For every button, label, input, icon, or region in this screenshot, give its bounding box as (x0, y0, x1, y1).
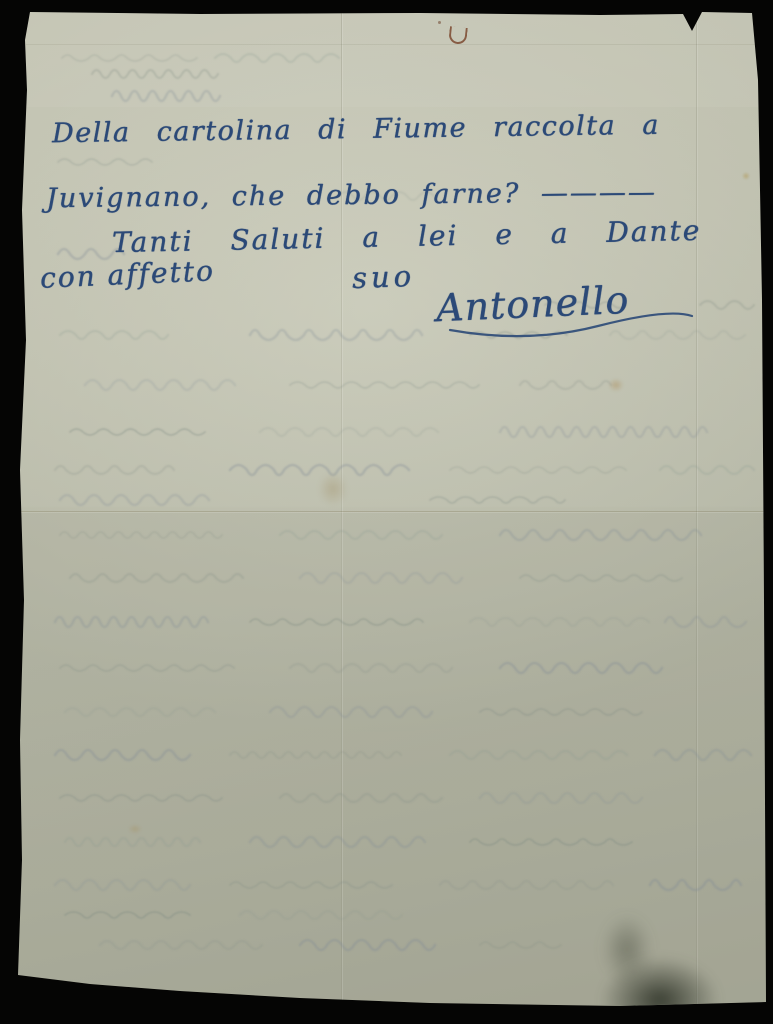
letter-line-4-suo: suo (351, 259, 415, 295)
ghost-line (660, 466, 754, 474)
ghost-line (70, 574, 243, 582)
letter-paper: Della cartolina di Fiume raccolta a Juvi… (0, 0, 773, 1024)
ghost-line (500, 530, 701, 540)
ghost-line (280, 531, 442, 539)
ghost-line (500, 663, 662, 673)
ghost-line (655, 750, 751, 760)
ghost-line (55, 466, 174, 474)
ghost-line (60, 495, 209, 505)
ghost-line (470, 839, 632, 845)
ghost-line (480, 709, 642, 715)
ghost-line (500, 427, 707, 437)
ghost-line (230, 465, 409, 475)
ghost-line (112, 91, 220, 101)
ghost-line (58, 159, 152, 165)
ghost-line (92, 70, 218, 78)
ghost-line (55, 750, 190, 760)
ghost-line (250, 330, 422, 340)
ghost-line (100, 941, 262, 949)
ghost-line (250, 619, 423, 625)
ghost-line (65, 708, 215, 716)
ghost-line (60, 795, 222, 801)
ghost-line (450, 751, 627, 759)
ghost-line (240, 911, 402, 919)
ghost-line (520, 381, 611, 389)
ghost-line (520, 575, 682, 581)
ghost-line (470, 332, 567, 338)
ghost-line (230, 882, 392, 888)
ghost-line (290, 664, 452, 672)
ink-speck (438, 21, 441, 24)
ghost-line (280, 794, 442, 802)
ghost-line (60, 532, 222, 538)
ghost-line (60, 665, 234, 671)
ghost-line (65, 838, 200, 846)
shadow-smudge-bottom-right (588, 918, 738, 1018)
ghost-line (270, 707, 432, 717)
ghost-line (300, 940, 435, 950)
ghost-line (300, 573, 462, 583)
signature: Antonello (435, 278, 630, 330)
ghost-line (250, 837, 425, 847)
photo-background: Della cartolina di Fiume raccolta a Juvi… (0, 0, 773, 1024)
ghost-line (65, 912, 190, 918)
ghost-line (450, 467, 626, 473)
ghost-line (215, 54, 339, 62)
ghost-line (480, 793, 642, 803)
ghost-line (665, 617, 746, 627)
ghost-line (290, 382, 479, 388)
ghost-line (700, 301, 754, 309)
ghost-line (260, 428, 438, 436)
ghost-line (55, 617, 208, 627)
ghost-line (230, 752, 401, 758)
ghost-line (70, 429, 205, 435)
ghost-line (430, 497, 565, 503)
ghost-line (62, 55, 197, 61)
ghost-line (650, 880, 741, 890)
bleedthrough-ghost-writing (0, 0, 773, 1024)
ghost-line (480, 942, 561, 948)
letter-line-2: Juvignano, che debbo farne? ———— (46, 177, 657, 214)
ghost-line (85, 380, 235, 390)
ghost-line (60, 331, 168, 339)
ghost-line (440, 881, 613, 889)
ghost-line (55, 880, 190, 890)
ghost-line (470, 618, 649, 626)
ghost-line (610, 331, 745, 339)
